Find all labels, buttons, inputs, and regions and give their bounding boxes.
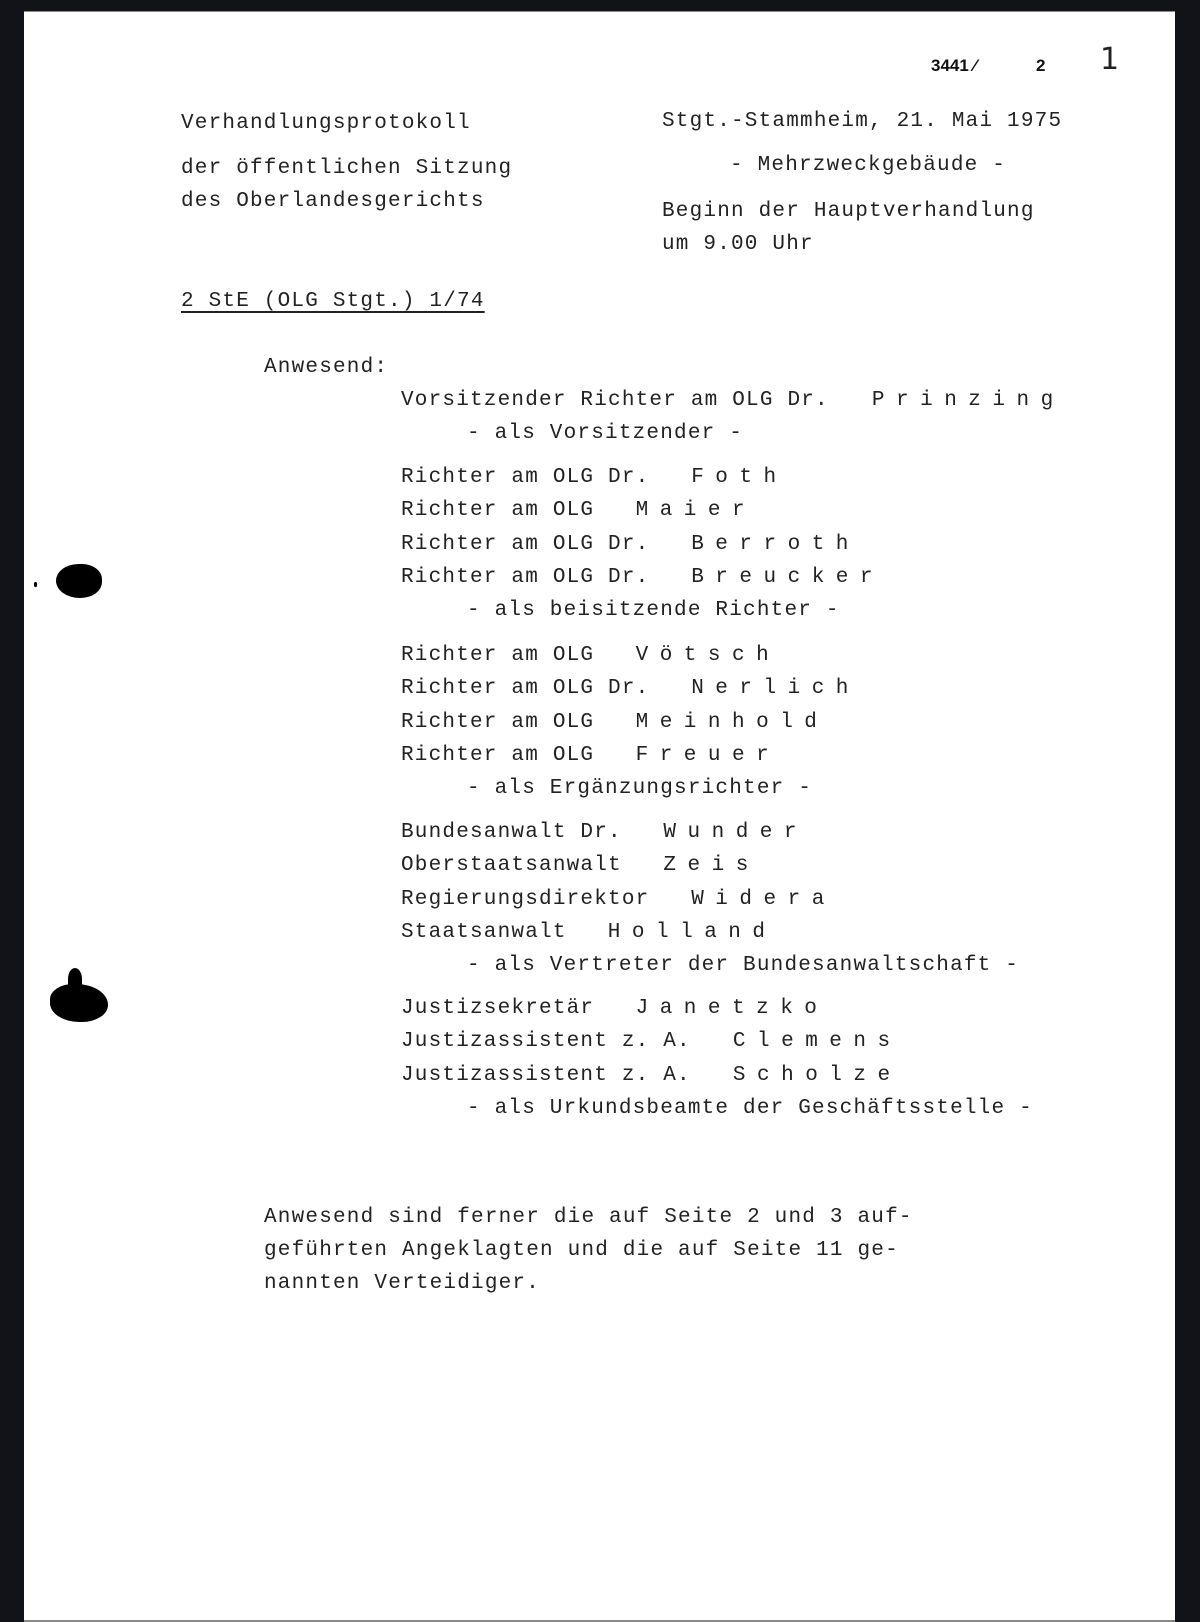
role-caption: - als Vorsitzender - <box>467 423 743 444</box>
attendee-name: Foth <box>691 467 787 488</box>
attendee-title: Richter am OLG Dr. <box>401 567 649 588</box>
punch-hole-tip <box>68 968 82 990</box>
attendee-title: Richter am OLG <box>401 645 594 666</box>
role-caption: - als Urkundsbeamte der Geschäftsstelle … <box>467 1098 1033 1119</box>
attendee-name: Meinhold <box>636 712 829 733</box>
file-number-stamp: 3441 ⁄ <box>931 56 976 76</box>
attendee-title: Oberstaatsanwalt <box>401 855 622 876</box>
attendee-title: Bundesanwalt Dr. <box>401 822 622 843</box>
case-number: 2 StE (OLG Stgt.) 1/74 <box>181 291 485 312</box>
attendee-title: Justizassistent z. A. <box>401 1065 691 1086</box>
footer-line-3: nannten Verteidiger. <box>264 1273 540 1294</box>
attendee-name: Widera <box>691 889 836 910</box>
role-caption: - als Vertreter der Bundesanwaltschaft - <box>467 955 1019 976</box>
attendee-title: Richter am OLG <box>401 745 594 766</box>
present-label: Anwesend: <box>264 357 388 378</box>
session-line: der öffentlichen Sitzung <box>181 158 512 179</box>
protocol-title: Verhandlungsprotokoll <box>181 113 471 134</box>
attendee-title: Richter am OLG Dr. <box>401 467 649 488</box>
footer-line-2: geführten Angeklagten und die auf Seite … <box>264 1240 899 1261</box>
attendee-name: Berroth <box>691 534 860 555</box>
attendee-name: Breucker <box>691 567 884 588</box>
attendee-name: Nerlich <box>691 678 860 699</box>
attendee-name: Maier <box>636 500 757 521</box>
attendee-title: Richter am OLG Dr. <box>401 534 649 555</box>
role-caption: - als beisitzende Richter - <box>467 600 840 621</box>
building-name: - Mehrzweckgebäude - <box>730 155 1006 176</box>
sheet-number-stamp: 2 <box>1036 56 1045 76</box>
attendee-name: Wunder <box>663 822 808 843</box>
document-page: 3441 ⁄ 2 1 Verhandlungsprotokoll der öff… <box>24 11 1175 1622</box>
attendee-title: Justizsekretär <box>401 998 594 1019</box>
attendee-name: Prinzing <box>872 390 1065 411</box>
punch-hole-mark <box>56 564 102 598</box>
handwritten-page-number: 1 <box>1100 42 1119 77</box>
begin-line-1: Beginn der Hauptverhandlung <box>662 201 1035 222</box>
attendee-title: Richter am OLG <box>401 500 594 521</box>
attendee-name: Janetzko <box>636 998 829 1019</box>
attendee-title: Justizassistent z. A. <box>401 1031 691 1052</box>
footer-line-1: Anwesend sind ferner die auf Seite 2 und… <box>264 1207 913 1228</box>
attendee-name: Freuer <box>636 745 781 766</box>
attendee-name: Clemens <box>733 1031 902 1052</box>
attendee-name: Holland <box>608 922 777 943</box>
attendee-name: Zeis <box>663 855 759 876</box>
attendee-title: Vorsitzender Richter am OLG Dr. <box>401 390 829 411</box>
attendee-title: Richter am OLG <box>401 712 594 733</box>
attendee-title: Richter am OLG Dr. <box>401 678 649 699</box>
attendee-title: Regierungsdirektor <box>401 889 649 910</box>
attendee-title: Staatsanwalt <box>401 922 567 943</box>
court-line: des Oberlandesgerichts <box>181 191 485 212</box>
begin-line-2: um 9.00 Uhr <box>662 234 814 255</box>
attendee-name: Vötsch <box>636 645 781 666</box>
place-date: Stgt.-Stammheim, 21. Mai 1975 <box>662 111 1062 132</box>
ink-speck <box>34 582 37 587</box>
role-caption: - als Ergänzungsrichter - <box>467 778 812 799</box>
attendee-name: Scholze <box>733 1065 902 1086</box>
